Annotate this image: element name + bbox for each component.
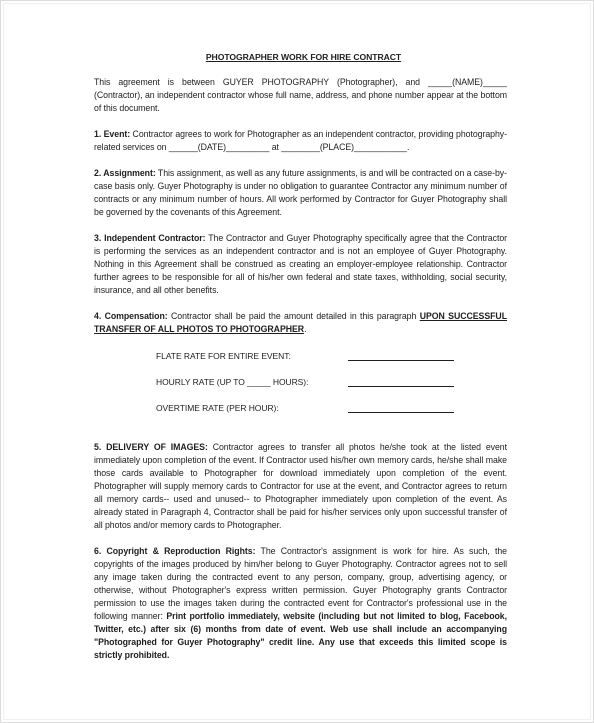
section-copyright: 6. Copyright & Reproduction Rights: The … bbox=[94, 545, 507, 662]
section-event: 1. Event: Contractor agrees to work for … bbox=[94, 128, 507, 154]
section-text: This assignment, as well as any future a… bbox=[94, 168, 507, 217]
document-page: PHOTOGRAPHER WORK FOR HIRE CONTRACT This… bbox=[0, 0, 594, 723]
section-heading: 1. Event: bbox=[94, 129, 130, 139]
section-compensation: 4. Compensation: Contractor shall be pai… bbox=[94, 310, 507, 336]
rate-blank-field[interactable] bbox=[348, 360, 454, 361]
rate-blank-field[interactable] bbox=[348, 386, 454, 387]
contract-document: PHOTOGRAPHER WORK FOR HIRE CONTRACT This… bbox=[94, 51, 507, 675]
section-heading: 3. Independent Contractor: bbox=[94, 233, 206, 243]
rate-label: HOURLY RATE (UP TO _____ HOURS): bbox=[156, 376, 308, 389]
section-text: Contractor agrees to work for Photograph… bbox=[94, 129, 507, 152]
rate-label: FLATE RATE FOR ENTIRE EVENT: bbox=[156, 350, 291, 363]
section-text: Contractor agrees to transfer all photos… bbox=[94, 442, 507, 530]
rate-row-flat: FLATE RATE FOR ENTIRE EVENT: bbox=[156, 350, 456, 363]
rate-blank-field[interactable] bbox=[348, 412, 454, 413]
section-independent-contractor: 3. Independent Contractor: The Contracto… bbox=[94, 232, 507, 297]
section-assignment: 2. Assignment: This assignment, as well … bbox=[94, 167, 507, 219]
intro-paragraph: This agreement is between GUYER PHOTOGRA… bbox=[94, 76, 507, 115]
section-heading: 4. Compensation: bbox=[94, 311, 168, 321]
section-heading: 2. Assignment: bbox=[94, 168, 156, 178]
rate-row-hourly: HOURLY RATE (UP TO _____ HOURS): bbox=[156, 376, 456, 389]
compensation-rates: FLATE RATE FOR ENTIRE EVENT: HOURLY RATE… bbox=[94, 350, 507, 428]
rate-label: OVERTIME RATE (PER HOUR): bbox=[156, 402, 279, 415]
section-text: The Contractor's assignment is work for … bbox=[94, 546, 507, 621]
document-title: PHOTOGRAPHER WORK FOR HIRE CONTRACT bbox=[94, 51, 507, 64]
section-text-tail: . bbox=[304, 324, 306, 334]
section-heading: 5. DELIVERY OF IMAGES: bbox=[94, 442, 208, 452]
section-text: Contractor shall be paid the amount deta… bbox=[168, 311, 420, 321]
rate-row-overtime: OVERTIME RATE (PER HOUR): bbox=[156, 402, 456, 415]
section-delivery-of-images: 5. DELIVERY OF IMAGES: Contractor agrees… bbox=[94, 441, 507, 532]
section-heading: 6. Copyright & Reproduction Rights: bbox=[94, 546, 255, 556]
